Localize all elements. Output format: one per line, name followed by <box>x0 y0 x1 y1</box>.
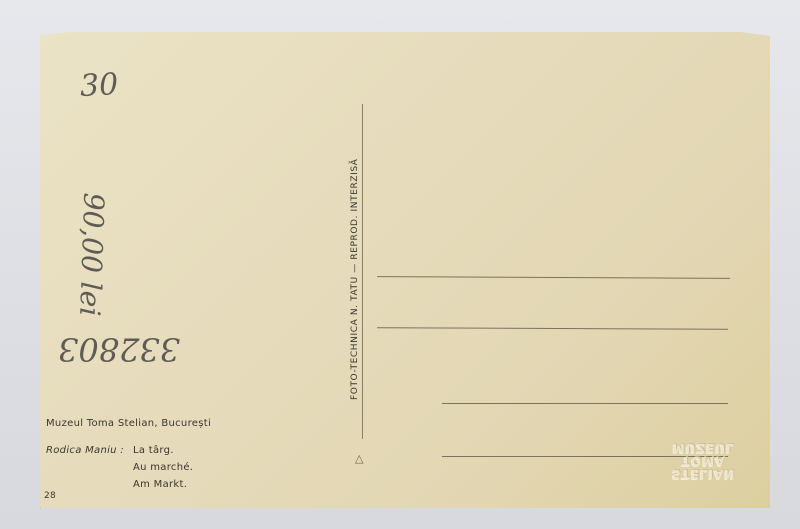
artist-name: Rodica Maniu : <box>46 445 124 456</box>
museum-caption: Muzeul Toma Stelian, București <box>46 418 211 429</box>
stamp-line-3: STELIAN <box>672 467 735 480</box>
stamp-line-1: MUZEUL <box>672 441 735 454</box>
embossed-museum-stamp: STELIAN TOMA MUZEUL <box>672 441 735 480</box>
address-line-3 <box>442 403 728 404</box>
postcard-back <box>40 32 770 508</box>
handwritten-inventory-number: 332803 <box>58 330 180 368</box>
triangle-mark-icon: △ <box>355 452 363 465</box>
handwritten-number: 30 <box>79 67 119 104</box>
divider-line <box>362 104 363 439</box>
handwritten-price: 90,00 lei <box>73 192 110 317</box>
card-number: 28 <box>44 491 56 501</box>
title-german: Am Markt. <box>133 479 187 490</box>
title-french: Au marché. <box>133 462 193 473</box>
vertical-imprint: Foto-Technica N. Tatu — Reprod. Interzis… <box>350 159 360 400</box>
title-romanian: La târg. <box>133 445 174 456</box>
handwritten-price-wrap: 90,00 lei <box>60 200 120 320</box>
stamp-line-2: TOMA <box>672 454 735 467</box>
